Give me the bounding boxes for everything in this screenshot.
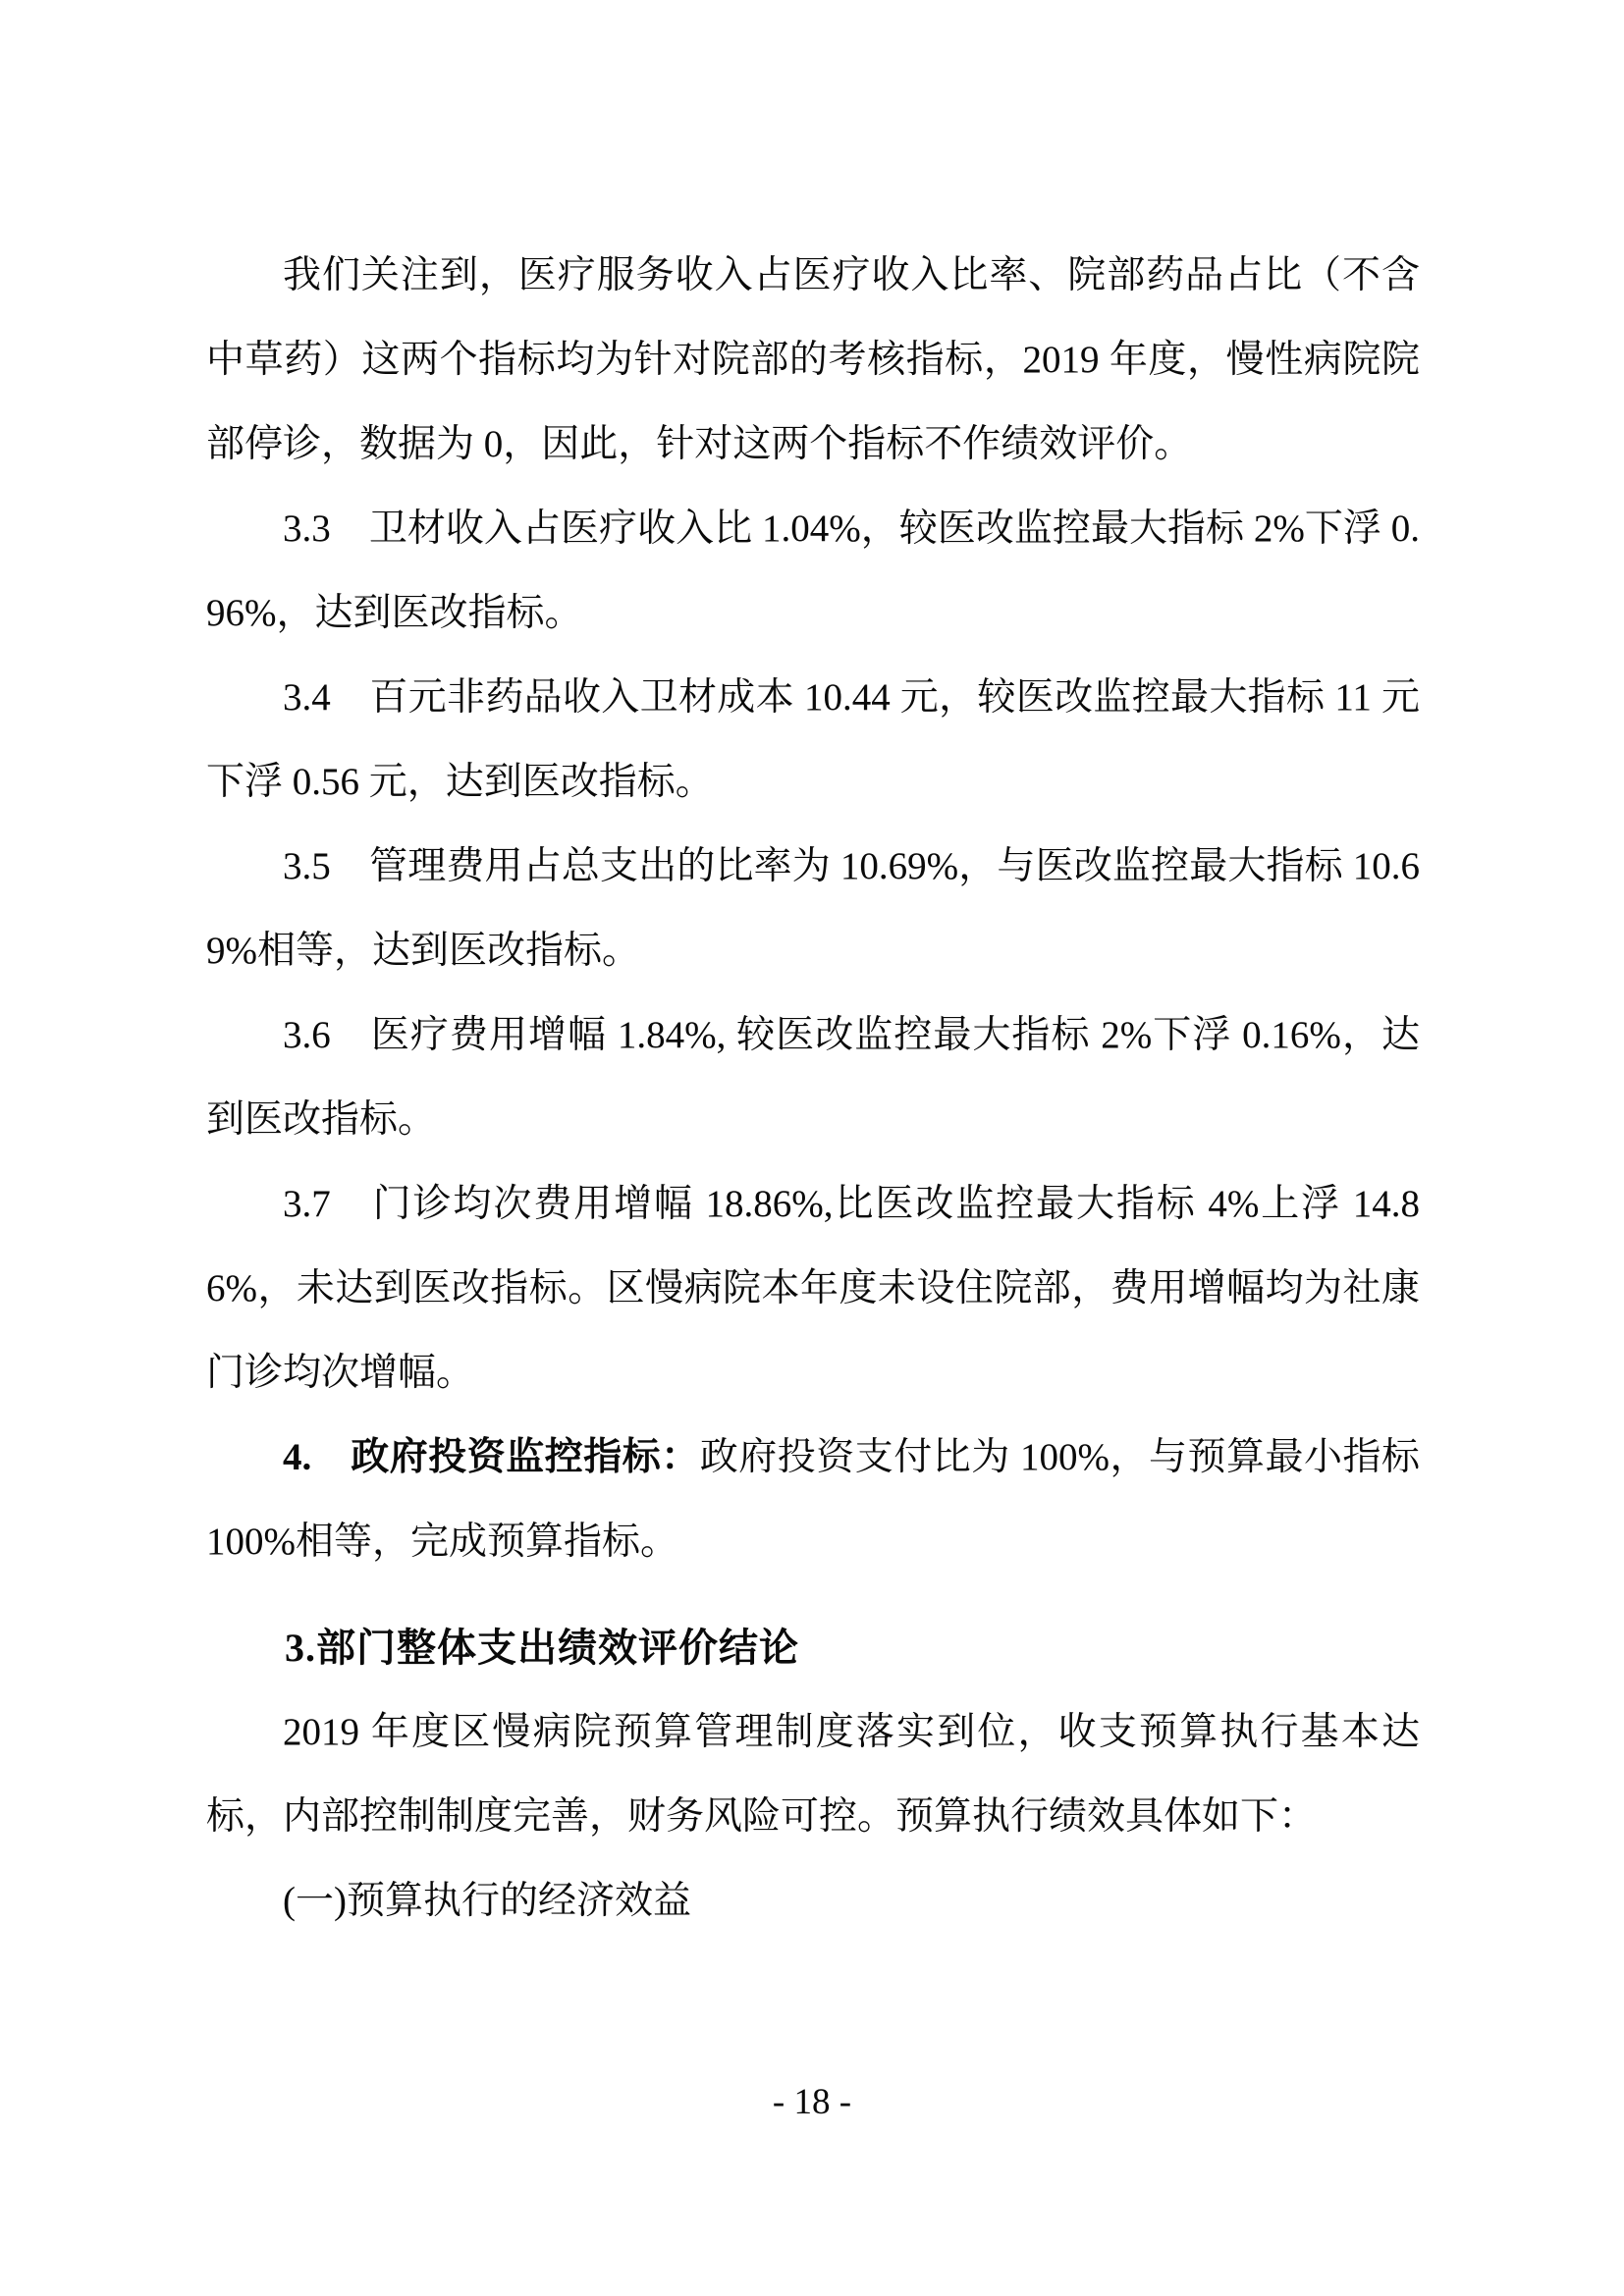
paragraph-3-7: 3.7 门诊均次费用增幅 18.86%,比医改监控最大指标 4%上浮 14.86… xyxy=(206,1162,1420,1415)
paragraph-4-bold-lead: 4. 政府投资监控指标： xyxy=(283,1436,700,1478)
paragraph-3-6: 3.6 医疗费用增幅 1.84%, 较医改监控最大指标 2%下浮 0.16%，达… xyxy=(206,993,1420,1162)
paragraph-3-3: 3.3 卫材收入占医疗收入比 1.04%，较医改监控最大指标 2%下浮 0.96… xyxy=(206,487,1420,656)
paragraph-subsection-economic-benefit: (一)预算执行的经济效益 xyxy=(206,1859,1420,1944)
section-heading-conclusion: 3.部门整体支出绩效评价结论 xyxy=(206,1606,1420,1690)
page-number: - 18 - xyxy=(0,2073,1624,2132)
paragraph-4-government-investment: 4. 政府投资监控指标：政府投资支付比为 100%，与预算最小指标 100%相等… xyxy=(206,1415,1420,1584)
paragraph-3-5: 3.5 管理费用占总支出的比率为 10.69%，与医改监控最大指标 10.69%… xyxy=(206,825,1420,993)
paragraph-3-4: 3.4 百元非药品收入卫材成本 10.44 元，较医改监控最大指标 11 元下浮… xyxy=(206,656,1420,825)
paragraph-note-indicators: 我们关注到，医疗服务收入占医疗收入比率、院部药品占比（不含中草药）这两个指标均为… xyxy=(206,234,1420,487)
document-page-body: 我们关注到，医疗服务收入占医疗收入比率、院部药品占比（不含中草药）这两个指标均为… xyxy=(206,234,1420,1944)
paragraph-conclusion-summary: 2019 年度区慢病院预算管理制度落实到位，收支预算执行基本达标，内部控制制度完… xyxy=(206,1690,1420,1859)
